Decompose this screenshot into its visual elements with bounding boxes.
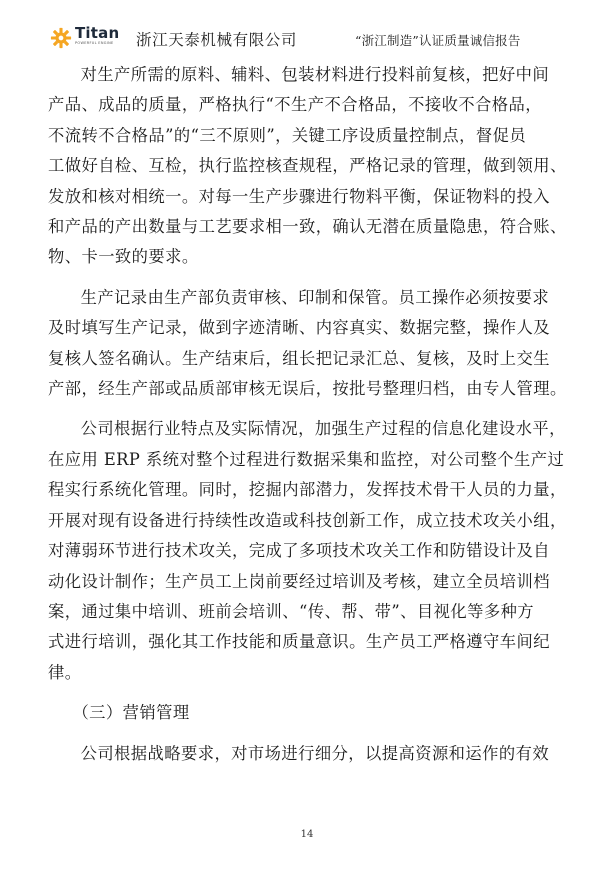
text-line: 复核人签名确认。生产结束后，组长把记录汇总、复核，及时上交生	[48, 344, 568, 374]
paragraph-marketing: 公司根据战略要求，对市场进行细分，以提高资源和运作的有效	[48, 739, 568, 769]
text-line: 程实行系统化管理。同时，挖掘内部潜力，发挥技术骨干人员的力量，	[48, 475, 568, 505]
text-line: 公司根据战略要求，对市场进行细分，以提高资源和运作的有效	[48, 739, 568, 769]
paragraph-production-records: 生产记录由生产部负责审核、印制和保管。员工操作必须按要求 及时填写生产记录，做到…	[48, 283, 568, 405]
logo-wordmark: Titan	[75, 26, 119, 41]
text-line: 在应用 ERP 系统对整个过程进行数据采集和监控，对公司整个生产过	[48, 445, 568, 475]
text-line: 和产品的产出数量与工艺要求相一致，确认无潜在质量隐患，符合账、	[48, 212, 568, 242]
text-line: 物、卡一致的要求。	[48, 242, 568, 272]
paragraph-informatization: 公司根据行业特点及实际情况，加强生产过程的信息化建设水平， 在应用 ERP 系统…	[48, 414, 568, 688]
text-line: 公司根据行业特点及实际情况，加强生产过程的信息化建设水平，	[48, 414, 568, 444]
report-title: “浙江制造”认证质量诚信报告	[355, 33, 521, 49]
text-line: 对生产所需的原料、辅料、包装材料进行投料前复核，把好中间	[48, 60, 568, 90]
text-line: 产部，经生产部或品质部审核无误后，按批号整理归档，由专人管理。	[48, 374, 568, 404]
section-heading-marketing: （三）营销管理	[48, 698, 568, 728]
paragraph-material-review: 对生产所需的原料、辅料、包装材料进行投料前复核，把好中间 产品、成品的质量，严格…	[48, 60, 568, 273]
text-line: 及时填写生产记录，做到字迹清晰、内容真实、数据完整，操作人及	[48, 313, 568, 343]
text-line: 发放和核对相统一。对每一生产步骤进行物料平衡，保证物料的投入	[48, 182, 568, 212]
page-header: Titan POWERFUL ENGINE 浙江天泰机械有限公司 “浙江制造”认…	[50, 24, 570, 54]
text-line: 律。	[48, 658, 568, 688]
text-line: 开展对现有设备进行持续性改造或科技创新工作，成立技术攻关小组，	[48, 506, 568, 536]
text-line: 产品、成品的质量，严格执行“不生产不合格品，不接收不合格品，	[48, 90, 568, 120]
text-line: 不流转不合格品”的“三不原则”，关键工序设质量控制点，督促员	[48, 121, 568, 151]
text-line: 对薄弱环节进行技术攻关，完成了多项技术攻关工作和防错设计及自	[48, 536, 568, 566]
text-line: 动化设计制作；生产员工上岗前要经过培训及考核，建立全员培训档	[48, 567, 568, 597]
text-line: 案，通过集中培训、班前会培训、“传、帮、带”、目视化等多种方	[48, 597, 568, 627]
company-logo: Titan POWERFUL ENGINE	[50, 26, 119, 49]
text-line: 工做好自检、互检，执行监控核查规程，严格记录的管理，做到领用、	[48, 151, 568, 181]
text-line: 式进行培训，强化其工作技能和质量意识。生产员工严格遵守车间纪	[48, 627, 568, 657]
gear-icon	[50, 27, 72, 49]
document-body: 对生产所需的原料、辅料、包装材料进行投料前复核，把好中间 产品、成品的质量，严格…	[48, 60, 568, 779]
page-number: 14	[0, 829, 614, 840]
company-name: 浙江天泰机械有限公司	[136, 30, 297, 50]
logo-tagline: POWERFUL ENGINE	[75, 41, 119, 46]
text-line: 生产记录由生产部负责审核、印制和保管。员工操作必须按要求	[48, 283, 568, 313]
